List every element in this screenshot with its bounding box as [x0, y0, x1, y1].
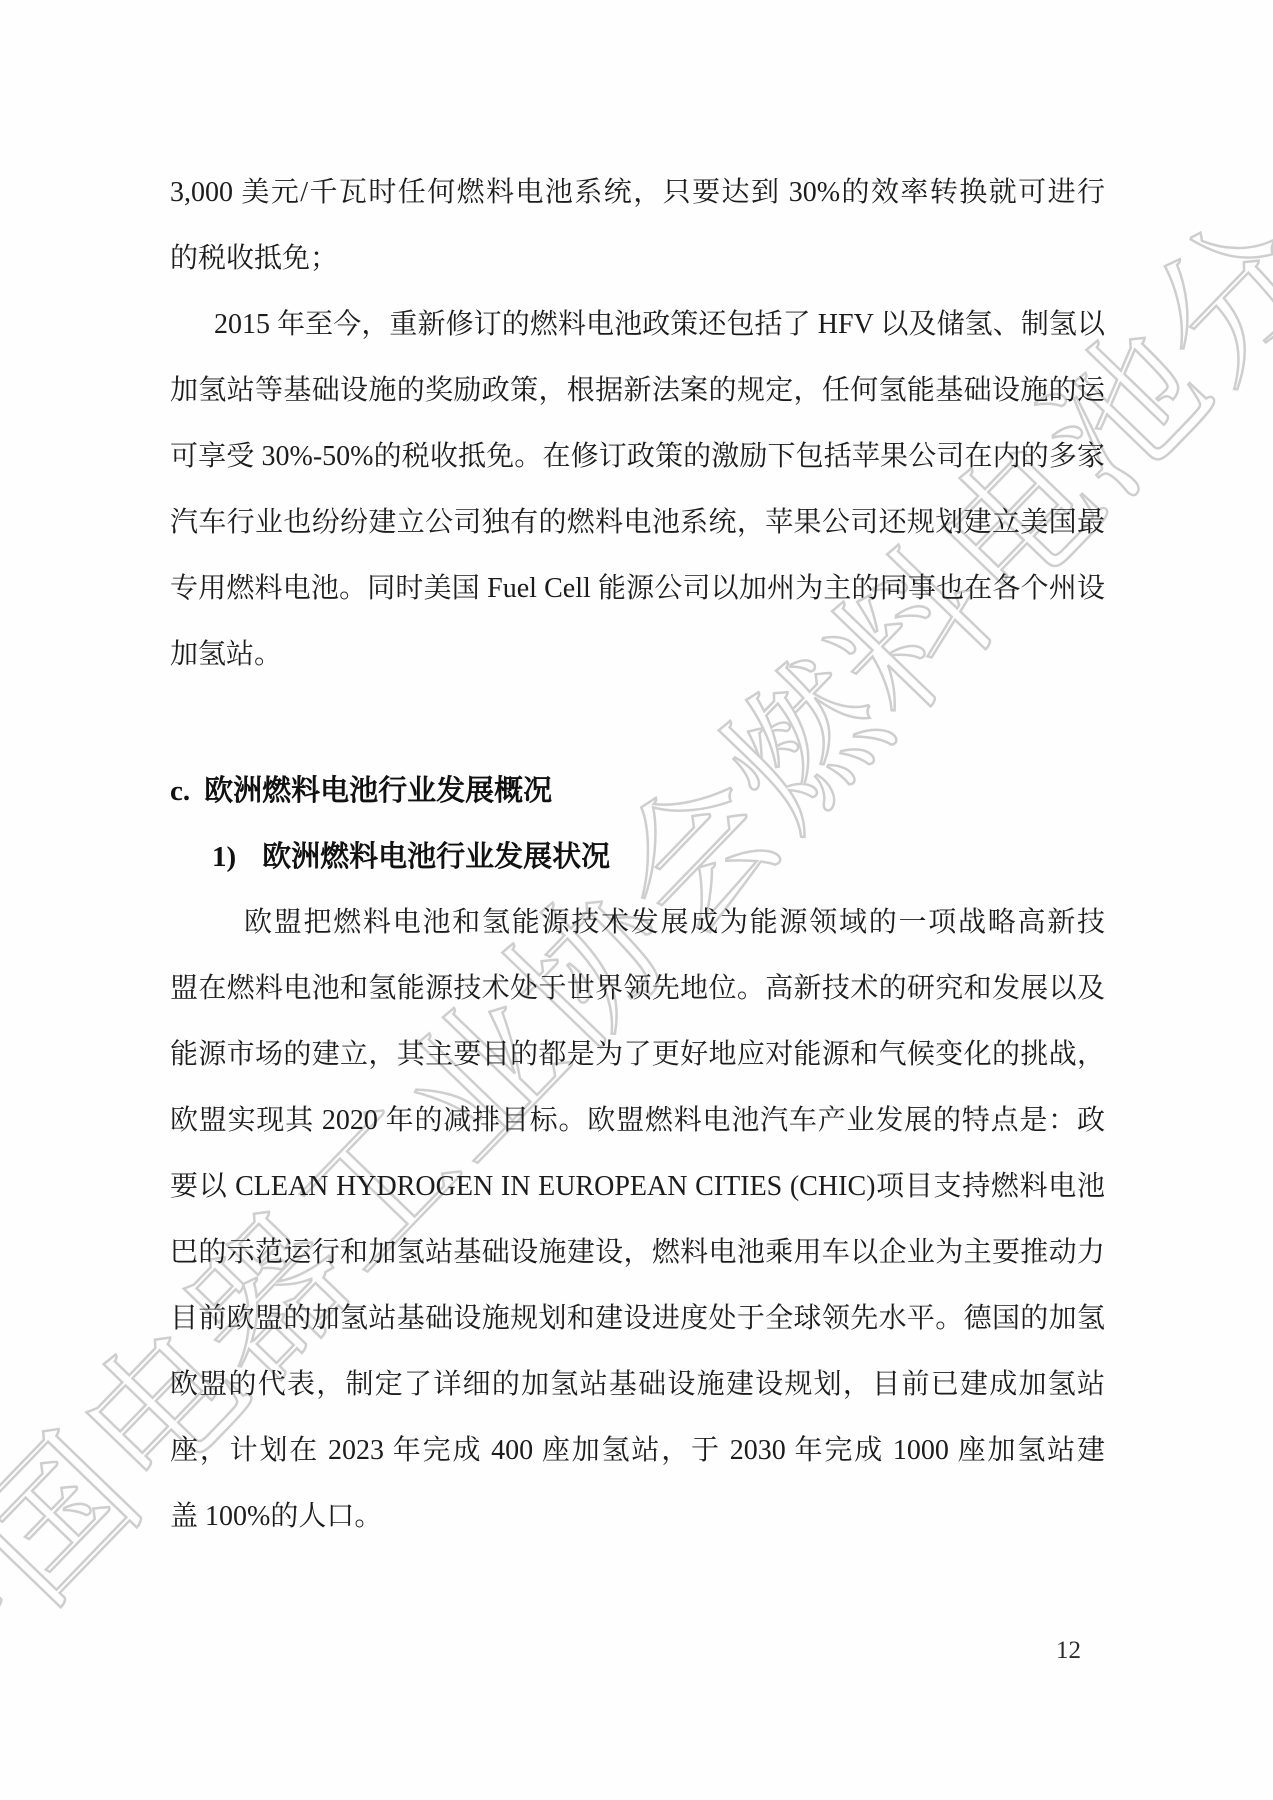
section-heading-text: 欧洲燃料电池行业发展概况 [204, 775, 552, 807]
section-heading-europe: c.欧洲燃料电池行业发展概况 [170, 758, 1105, 824]
paragraph-line: 2015 年至今，重新修订的燃料电池政策还包括了 HFV 以及储氢、制氢以及 [170, 292, 1105, 358]
paragraph-line: 专用燃料电池。同时美国 Fuel Cell 能源公司以加州为主的同事也在各个州设… [170, 556, 1105, 622]
paragraph-line: 座，计划在 2023 年完成 400 座加氢站，于 2030 年完成 1000 … [170, 1418, 1105, 1484]
section-gap [170, 688, 1105, 758]
paragraph-line: 目前欧盟的加氢站基础设施规划和建设进度处于全球领先水平。德国的加氢站是 [170, 1286, 1105, 1352]
subsection-heading-text: 欧洲燃料电池行业发展状况 [262, 841, 610, 873]
paragraph-line: 能源市场的建立，其主要目的都是为了更好地应对能源和气候变化的挑战，帮助 [170, 1022, 1105, 1088]
paragraph-line: 欧盟把燃料电池和氢能源技术发展成为能源领域的一项战略高新技术，使欧 [170, 890, 1105, 956]
subsection-heading-marker: 1) [212, 841, 236, 873]
page-number: 12 [1056, 1636, 1081, 1666]
paragraph-line: 汽车行业也纷纷建立公司独有的燃料电池系统，苹果公司还规划建立美国最大的 [170, 490, 1105, 556]
paragraph-line: 加氢站等基础设施的奖励政策，根据新法案的规定，任何氢能基础设施的运行均 [170, 358, 1105, 424]
paragraph-line: 巴的示范运行和加氢站基础设施建设，燃料电池乘用车以企业为主要推动力量。 [170, 1220, 1105, 1286]
paragraph-line: 加氢站。 [170, 622, 1105, 688]
paragraph-line: 的税收抵免； [170, 226, 1105, 292]
paragraph-line: 盖 100%的人口。 [170, 1484, 1105, 1550]
section-heading-marker: c. [170, 775, 190, 807]
page-content: 3,000 美元/千瓦时任何燃料电池系统，只要达到 30%的效率转换就可进行 3… [170, 160, 1105, 1550]
document-page: 中国电器工业协会燃料电池分会 3,000 美元/千瓦时任何燃料电池系统，只要达到… [0, 0, 1273, 1800]
paragraph-line: 欧盟的代表，制定了详细的加氢站基础设施建设规划，目前已建成加氢站 100 [170, 1352, 1105, 1418]
paragraph-line: 3,000 美元/千瓦时任何燃料电池系统，只要达到 30%的效率转换就可进行 3… [170, 160, 1105, 226]
subsection-heading-status: 1)欧洲燃料电池行业发展状况 [170, 824, 1105, 890]
paragraph-line: 欧盟实现其 2020 年的减排目标。欧盟燃料电池汽车产业发展的特点是：政府主 [170, 1088, 1105, 1154]
paragraph-line: 要以 CLEAN HYDROGEN IN EUROPEAN CITIES (CH… [170, 1154, 1105, 1220]
paragraph-line: 盟在燃料电池和氢能源技术处于世界领先地位。高新技术的研究和发展以及新型 [170, 956, 1105, 1022]
paragraph-line: 可享受 30%-50%的税收抵免。在修订政策的激励下包括苹果公司在内的多家非 [170, 424, 1105, 490]
